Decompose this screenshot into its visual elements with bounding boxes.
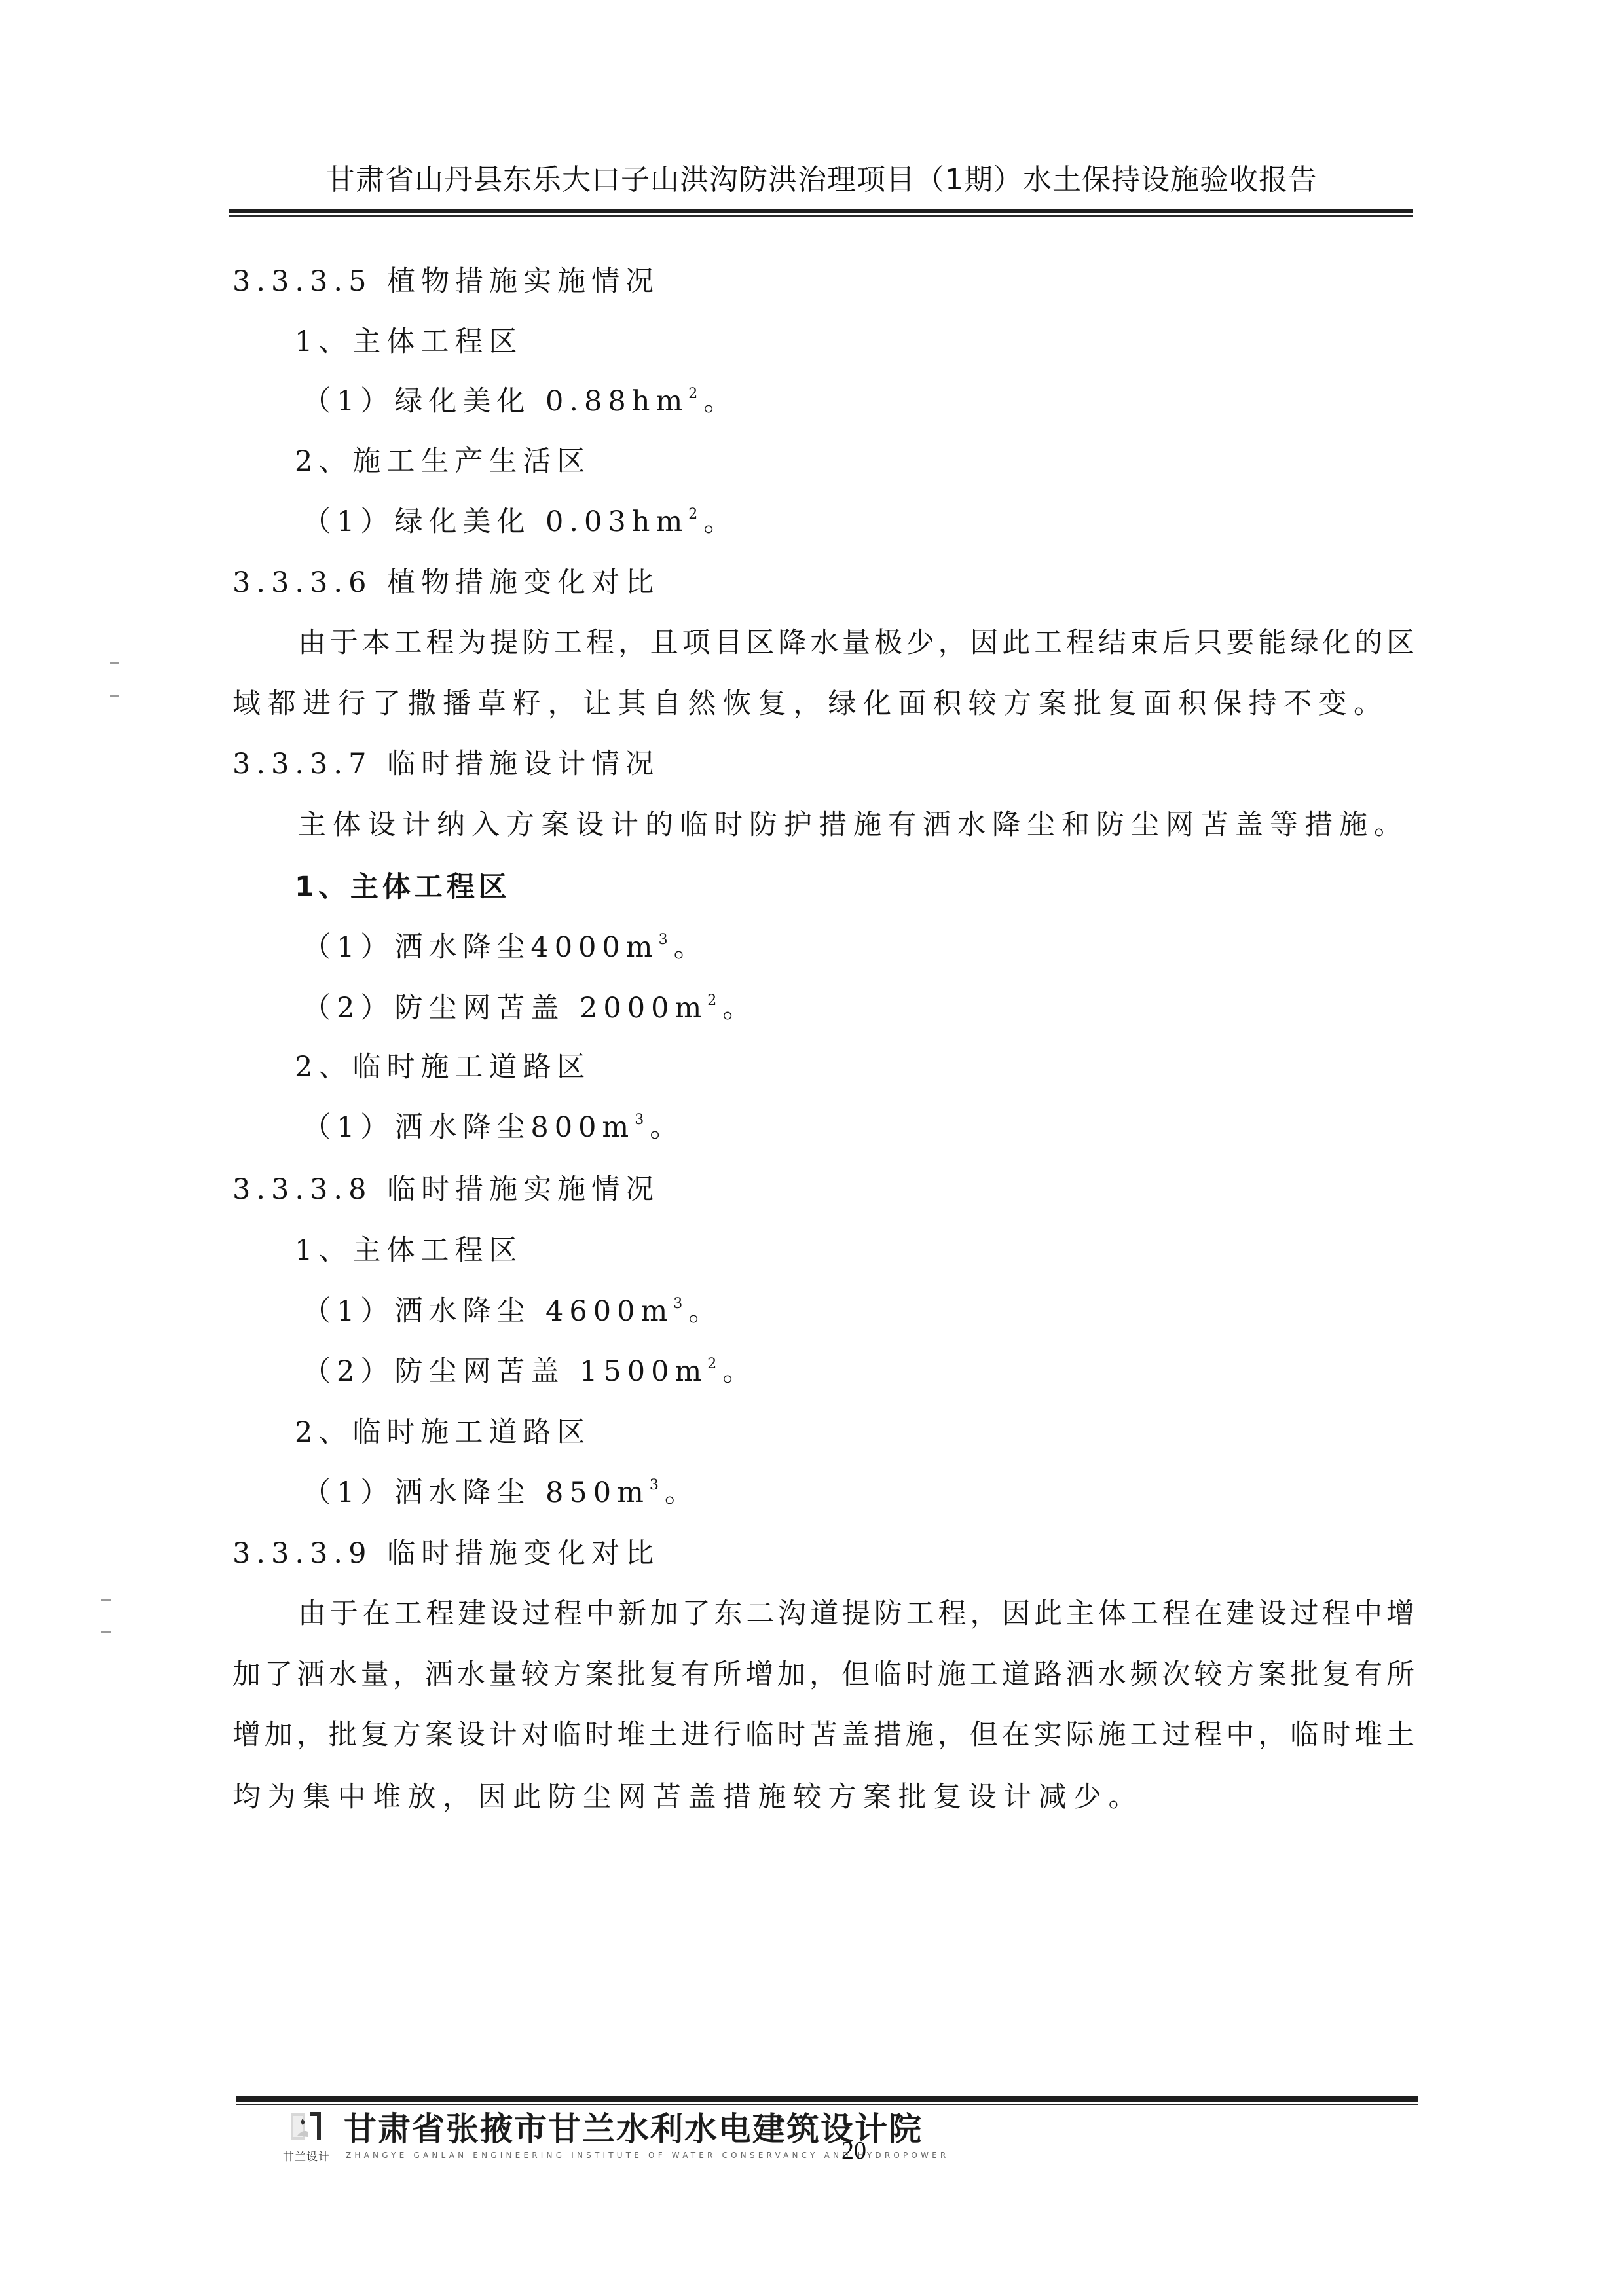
unit-exponent: 3	[659, 932, 674, 948]
margin-mark	[101, 1599, 111, 1601]
measure-item: （1）洒水降尘800m3。	[303, 1108, 684, 1147]
measure-text: （1）洒水降尘 850m	[303, 1476, 650, 1509]
subsection-label: 2、临时施工道路区	[295, 1048, 591, 1087]
unit-exponent: 2	[688, 386, 703, 402]
unit-exponent: 2	[707, 1356, 722, 1372]
subsection-label: 2、施工生产生活区	[295, 442, 591, 481]
margin-mark	[110, 662, 119, 664]
measure-item: （1）洒水降尘4000m3。	[303, 928, 708, 967]
margin-mark	[110, 695, 119, 697]
paragraph-line: 均为集中堆放，因此防尘网苫盖措施较方案批复设计减少。	[232, 1777, 1143, 1817]
header-rule-thin	[229, 215, 1413, 217]
ganlan-design-logo-icon	[288, 2109, 334, 2146]
unit-exponent: 2	[688, 506, 703, 522]
section-heading-3-3-3-9: 3.3.3.9 临时措施变化对比	[232, 1534, 659, 1573]
measure-text: （1）洒水降尘 4600m	[303, 1295, 673, 1328]
margin-mark	[101, 1631, 111, 1633]
footer-rule-thick	[236, 2096, 1418, 2102]
measure-text: （2）防尘网苫盖 2000m	[303, 992, 707, 1025]
punctuation: 。	[674, 931, 708, 964]
page-number: 20	[841, 2136, 866, 2165]
measure-item: （2）防尘网苫盖 1500m2。	[303, 1352, 756, 1391]
unit-exponent: 3	[673, 1296, 688, 1312]
measure-item: （1）绿化美化 0.03hm2。	[303, 502, 737, 541]
punctuation: 。	[688, 1295, 722, 1328]
subsection-label: 2、临时施工道路区	[295, 1413, 591, 1452]
unit-exponent: 3	[650, 1477, 665, 1493]
subsection-label: 1、主体工程区	[295, 1231, 523, 1270]
organization-name: 甘肃省张掖市甘兰水利水电建筑设计院	[344, 2109, 923, 2149]
measure-text: （1）绿化美化 0.03hm	[303, 505, 688, 538]
header-rule-thick	[229, 209, 1413, 213]
punctuation: 。	[722, 1355, 756, 1388]
measure-text: （2）防尘网苫盖 1500m	[303, 1355, 707, 1388]
section-heading-3-3-3-6: 3.3.3.6 植物措施变化对比	[232, 563, 659, 602]
punctuation: 。	[650, 1111, 684, 1144]
measure-item: （1）绿化美化 0.88hm2。	[303, 382, 737, 421]
punctuation: 。	[722, 992, 756, 1025]
paragraph-line: 加了洒水量，洒水量较方案批复有所增加，但临时施工道路洒水频次较方案批复有所	[232, 1655, 1414, 1694]
logo-label: 甘兰设计	[283, 2147, 330, 2164]
section-heading-3-3-3-8: 3.3.3.8 临时措施实施情况	[232, 1170, 659, 1209]
punctuation: 。	[703, 385, 737, 418]
punctuation: 。	[703, 505, 737, 538]
measure-item: （1）洒水降尘 850m3。	[303, 1473, 699, 1512]
punctuation: 。	[665, 1476, 699, 1509]
unit-exponent: 2	[707, 993, 722, 1009]
section-heading-3-3-3-7: 3.3.3.7 临时措施设计情况	[232, 744, 659, 784]
measure-text: （1）绿化美化 0.88hm	[303, 385, 688, 418]
measure-text: （1）洒水降尘800m	[303, 1111, 635, 1144]
measure-item: （2）防尘网苫盖 2000m2。	[303, 989, 756, 1028]
footer-rule-thin	[236, 2104, 1418, 2105]
subsection-label: 1、主体工程区	[295, 322, 523, 361]
paragraph-line: 由于本工程为提防工程，且项目区降水量极少，因此工程结束后只要能绿化的区	[298, 623, 1414, 663]
section-heading-3-3-3-5: 3.3.3.5 植物措施实施情况	[232, 262, 659, 301]
paragraph-line: 主体设计纳入方案设计的临时防护措施有洒水降尘和防尘网苫盖等措施。	[298, 805, 1409, 845]
subsection-label: 1、主体工程区	[295, 867, 511, 907]
page-header-title: 甘肃省山丹县东乐大口子山洪沟防洪治理项目（1期）水土保持设施验收报告	[229, 160, 1414, 200]
paragraph-line: 增加，批复方案设计对临时堆土进行临时苫盖措施，但在实际施工过程中，临时堆土	[232, 1715, 1414, 1755]
paragraph-line: 由于在工程建设过程中新加了东二沟道提防工程，因此主体工程在建设过程中增	[298, 1594, 1414, 1633]
measure-text: （1）洒水降尘4000m	[303, 931, 659, 964]
measure-item: （1）洒水降尘 4600m3。	[303, 1292, 722, 1331]
unit-exponent: 3	[635, 1112, 650, 1128]
paragraph-line: 域都进行了撒播草籽，让其自然恢复，绿化面积较方案批复面积保持不变。	[232, 684, 1389, 723]
